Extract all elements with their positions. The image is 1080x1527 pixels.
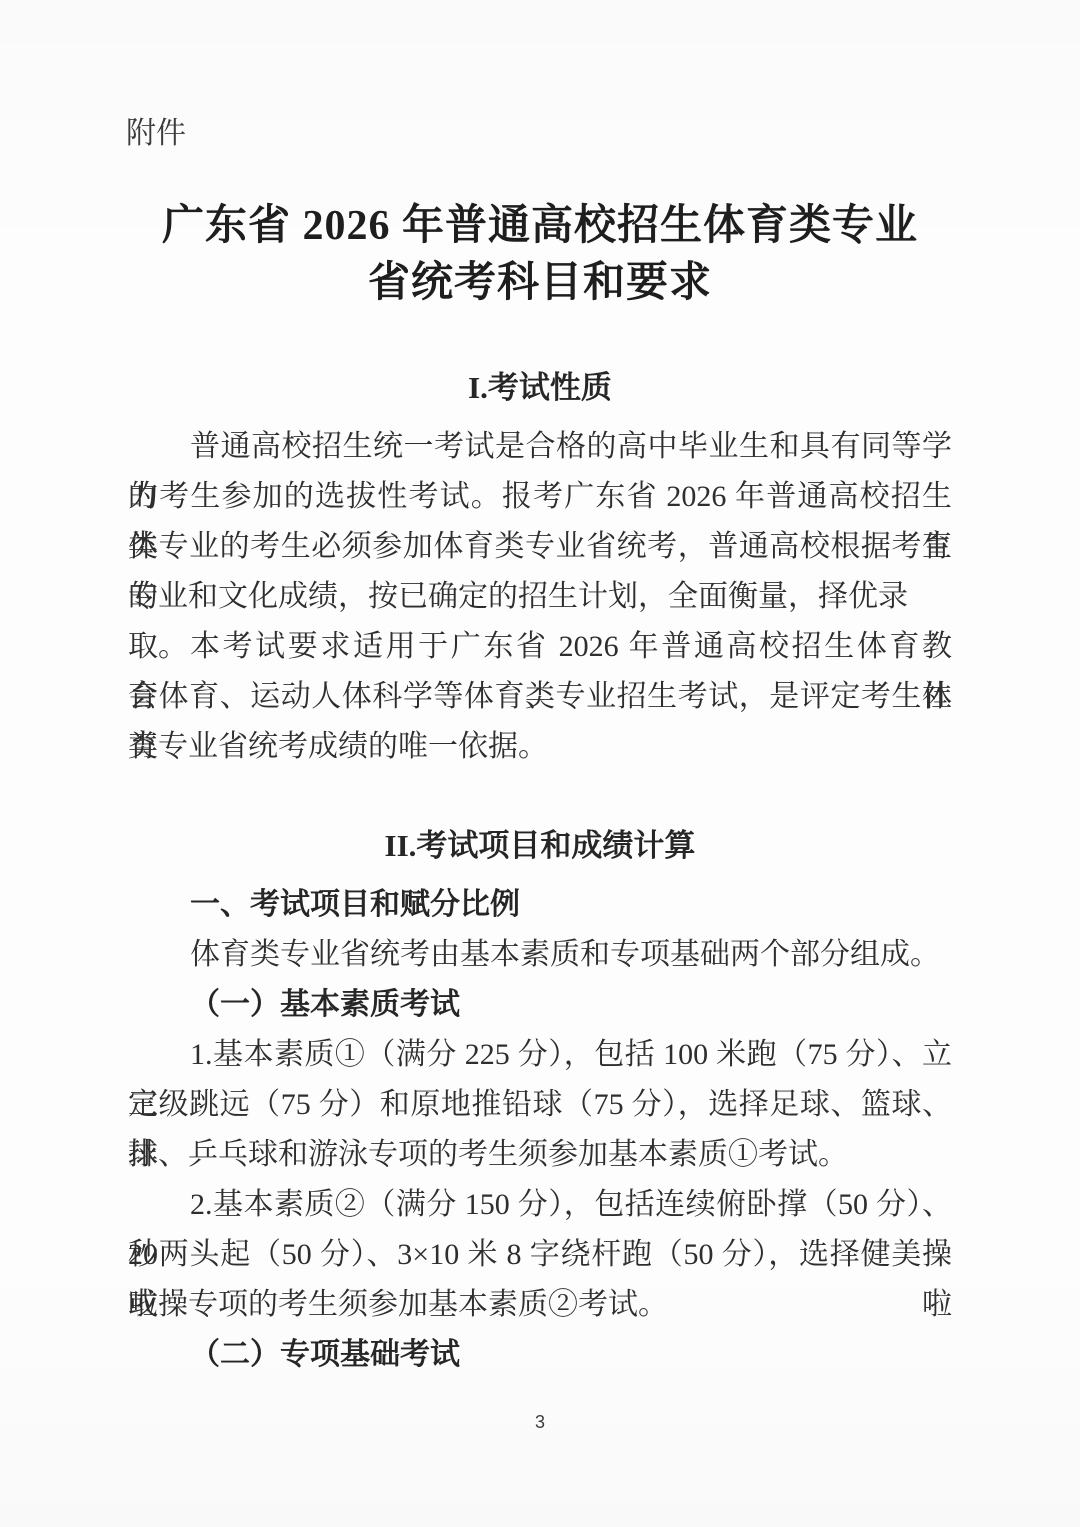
document-title-line2: 省统考科目和要求	[60, 255, 1020, 312]
paragraph-line: 2.基本素质②（满分 150 分），包括连续俯卧撑（50 分）、20	[128, 1180, 952, 1230]
paragraph-line: 类专业省统考成绩的唯一依据。	[128, 722, 952, 772]
page-number: 3	[0, 1410, 1080, 1434]
attachment-label: 附件	[126, 114, 186, 154]
paragraph-line: 专业和文化成绩，按已确定的招生计划，全面衡量，择优录取。	[128, 572, 952, 622]
paragraph-line: 的考生参加的选拔性考试。报考广东省 2026 年普通高校招生体育	[128, 472, 952, 522]
section1-heading: I.考试性质	[0, 368, 1080, 408]
paragraph-line: 球、乒乓球和游泳专项的考生须参加基本素质①考试。	[128, 1130, 952, 1180]
paragraph-line: 普通高校招生统一考试是合格的高中毕业生和具有同等学力	[128, 422, 952, 472]
subsection-heading: （一）基本素质考试	[128, 980, 952, 1030]
document-title-line1: 广东省 2026 年普通高校招生体育类专业	[60, 198, 1020, 255]
paragraph-line: 本考试要求适用于广东省 2026 年普通高校招生体育教育、社	[128, 622, 952, 672]
section2-body: 一、考试项目和赋分比例 体育类专业省统考由基本素质和专项基础两个部分组成。 （一…	[128, 880, 952, 1380]
document-title: 广东省 2026 年普通高校招生体育类专业 省统考科目和要求	[60, 198, 1020, 312]
paragraph-line: 类专业的考生必须参加体育类专业省统考，普通高校根据考生的	[128, 522, 952, 572]
paragraph-line: 1.基本素质①（满分 225 分），包括 100 米跑（75 分）、立定	[128, 1030, 952, 1080]
subsection-heading: （二）专项基础考试	[128, 1330, 952, 1380]
subsection-heading: 一、考试项目和赋分比例	[128, 880, 952, 930]
paragraph-line: 三级跳远（75 分）和原地推铅球（75 分），选择足球、篮球、排	[128, 1080, 952, 1130]
document-page: 附件 广东省 2026 年普通高校招生体育类专业 省统考科目和要求 I.考试性质…	[0, 0, 1080, 1527]
paragraph-line: 会体育、运动人体科学等体育类专业招生考试，是评定考生体育	[128, 672, 952, 722]
section2-heading: II.考试项目和成绩计算	[0, 826, 1080, 866]
paragraph-line: 体育类专业省统考由基本素质和专项基础两个部分组成。	[128, 930, 952, 980]
section1-body: 普通高校招生统一考试是合格的高中毕业生和具有同等学力 的考生参加的选拔性考试。报…	[128, 422, 952, 772]
paragraph-line: 秒两头起（50 分）、3×10 米 8 字绕杆跑（50 分），选择健美操或啦	[128, 1230, 952, 1280]
